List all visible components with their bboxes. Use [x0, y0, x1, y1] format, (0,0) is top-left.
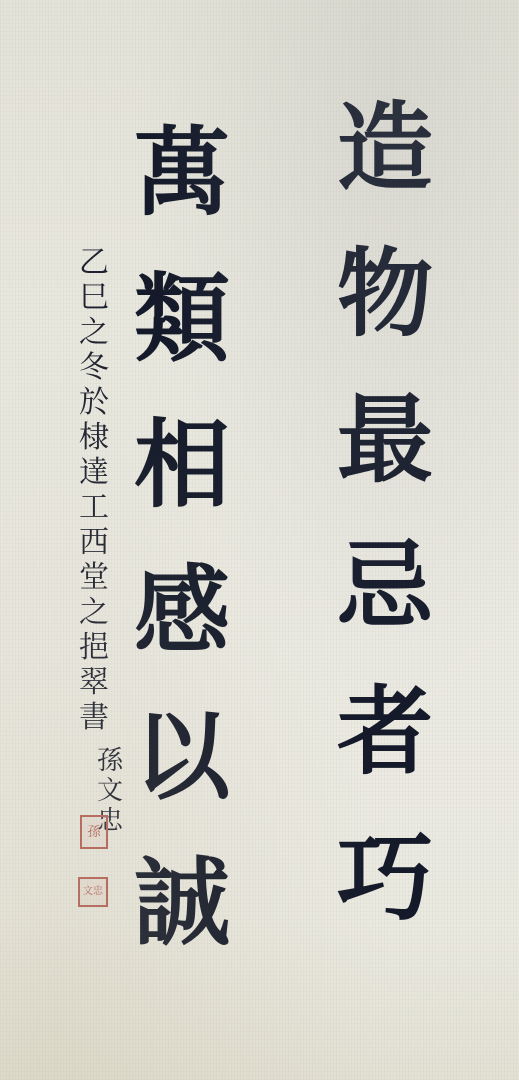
character: 忌	[337, 538, 433, 684]
inscription-char: 之	[79, 318, 109, 353]
character: 萬	[134, 125, 230, 271]
character: 感	[134, 563, 230, 709]
character: 造	[337, 100, 433, 246]
inscription-char: 乙	[79, 248, 109, 283]
character: 類	[134, 271, 230, 417]
main-column-left: 萬 類 相 感 以 誠	[122, 125, 242, 1001]
inscription-char: 巳	[79, 283, 109, 318]
seal-stamp-studio: 文忠	[78, 877, 108, 907]
inscription-column: 乙 巳 之 冬 於 棣 達 工 西 堂 之 挹 翠 書	[68, 248, 120, 738]
inscription-char: 翠	[79, 668, 109, 703]
character: 巧	[337, 830, 433, 976]
inscription-char: 西	[79, 528, 109, 563]
inscription-char: 書	[79, 703, 109, 738]
inscription-char: 於	[79, 388, 109, 423]
inscription-char: 冬	[79, 353, 109, 388]
character: 最	[337, 392, 433, 538]
character: 物	[337, 246, 433, 392]
character: 相	[134, 417, 230, 563]
signature-char: 文	[97, 770, 123, 800]
character: 誠	[134, 855, 230, 1001]
signature-char: 孫	[97, 740, 123, 770]
character: 者	[337, 684, 433, 830]
inscription-char: 工	[79, 493, 109, 528]
inscription-char: 棣	[79, 423, 109, 458]
inscription-char: 挹	[79, 633, 109, 668]
character: 以	[134, 709, 230, 855]
main-column-right: 造 物 最 忌 者 巧	[325, 100, 445, 976]
inscription-char: 達	[79, 458, 109, 493]
seal-stamp-name: 孫	[80, 815, 108, 849]
inscription-char: 堂	[79, 563, 109, 598]
calligraphy-scroll: 造 物 最 忌 者 巧 萬 類 相 感 以 誠 乙 巳 之 冬 於 棣 達 工 …	[0, 0, 519, 1080]
inscription-char: 之	[79, 598, 109, 633]
